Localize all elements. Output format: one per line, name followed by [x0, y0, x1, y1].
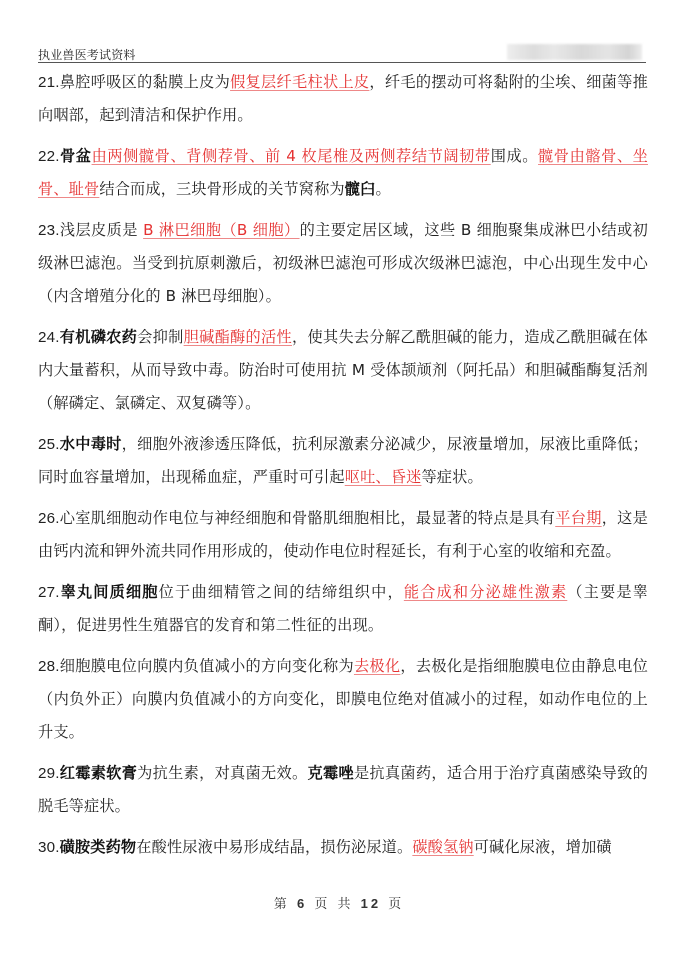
highlighted-key-point: 由两侧髋骨、背侧荐骨、前 4 枚尾椎及两侧荐结节阔韧带: [92, 147, 491, 165]
bold-term: 骨盆: [60, 147, 92, 165]
paragraph-item: 22.骨盆由两侧髋骨、背侧荐骨、前 4 枚尾椎及两侧荐结节阔韧带围成。髋骨由髂骨…: [38, 140, 648, 206]
paragraph-item: 25.水中毒时，细胞外液渗透压降低，抗利尿激素分泌减少，尿液量增加，尿液比重降低…: [38, 428, 648, 494]
paragraph-item: 29.红霉素软膏为抗生素，对真菌无效。克霉唑是抗真菌药，适合用于治疗真菌感染导致…: [38, 757, 648, 823]
redacted-header-region: [507, 44, 642, 60]
highlighted-key-point: 能合成和分泌雄性激素: [404, 583, 567, 601]
paragraph-item: 30.磺胺类药物在酸性尿液中易形成结晶，损伤泌尿道。碳酸氢钠可碱化尿液，增加磺: [38, 831, 648, 864]
paragraph-number: 21.: [38, 74, 60, 91]
highlighted-key-point: 碳酸氢钠: [412, 838, 473, 856]
highlighted-key-point: B 淋巴细胞（B 细胞）: [143, 221, 299, 239]
document-body: 21.鼻腔呼吸区的黏膜上皮为假复层纤毛柱状上皮，纤毛的摆动可将黏附的尘埃、细菌等…: [38, 66, 648, 872]
paragraph-number: 30.: [38, 839, 60, 856]
bold-term: 红霉素软膏: [60, 764, 138, 782]
paragraph-number: 28.: [38, 658, 60, 675]
paragraph-number: 24.: [38, 329, 60, 346]
page-footer: 第 6 页 共 12 页: [0, 893, 678, 912]
paragraph-text: 。: [375, 180, 390, 198]
paragraph-item: 21.鼻腔呼吸区的黏膜上皮为假复层纤毛柱状上皮，纤毛的摆动可将黏附的尘埃、细菌等…: [38, 66, 648, 132]
paragraph-text: 心室肌细胞动作电位与神经细胞和骨骼肌细胞相比，最显著的特点是具有: [60, 509, 556, 527]
current-page-number: 6: [297, 896, 307, 911]
paragraph-text: 可碱化尿液，增加磺: [474, 838, 612, 856]
paragraph-text: 细胞膜电位向膜内负值减小的方向变化称为: [60, 657, 354, 675]
paragraph-number: 25.: [38, 436, 60, 453]
paragraph-number: 22.: [38, 148, 60, 165]
page-header: 执业兽医考试资料: [38, 44, 646, 63]
footer-prefix: 第: [274, 897, 290, 912]
total-pages-number: 12: [361, 896, 381, 911]
highlighted-key-point: 胆碱酯酶的活性: [184, 328, 292, 346]
bold-term: 磺胺类药物: [60, 838, 137, 856]
paragraph-text: 会抑制: [137, 328, 183, 346]
highlighted-key-point: 假复层纤毛柱状上皮: [230, 73, 369, 91]
bold-term: 克霉唑: [307, 764, 353, 782]
highlighted-key-point: 去极化: [354, 657, 400, 675]
paragraph-text: 等症状。: [421, 468, 482, 486]
paragraph-number: 26.: [38, 510, 60, 527]
bold-term: 水中毒时: [60, 435, 122, 453]
paragraph-number: 27.: [38, 584, 60, 601]
paragraph-item: 27.睾丸间质细胞位于曲细精管之间的结缔组织中，能合成和分泌雄性激素（主要是睾酮…: [38, 576, 648, 642]
paragraph-text: 结合而成，三块骨形成的关节窝称为: [99, 180, 344, 198]
bold-term: 有机磷农药: [60, 328, 138, 346]
footer-suffix: 页: [388, 897, 404, 912]
highlighted-key-point: 呕吐、昏迷: [345, 468, 422, 486]
paragraph-item: 26.心室肌细胞动作电位与神经细胞和骨骼肌细胞相比，最显著的特点是具有平台期，这…: [38, 502, 648, 568]
bold-term: 髋臼: [345, 180, 376, 198]
paragraph-item: 23.浅层皮质是 B 淋巴细胞（B 细胞）的主要定居区域，这些 B 细胞聚集成淋…: [38, 214, 648, 313]
paragraph-text: 鼻腔呼吸区的黏膜上皮为: [60, 73, 230, 91]
document-page: 执业兽医考试资料 21.鼻腔呼吸区的黏膜上皮为假复层纤毛柱状上皮，纤毛的摆动可将…: [0, 0, 678, 963]
header-title: 执业兽医考试资料: [38, 46, 136, 63]
paragraph-text: 在酸性尿液中易形成结晶，损伤泌尿道。: [136, 838, 412, 856]
paragraph-text: ，细胞外液渗透压降低，抗利尿激素分泌减少，尿液量增加，尿液比重降低；同时血容量增…: [38, 435, 648, 486]
footer-middle: 页 共: [314, 897, 353, 912]
paragraph-text: 浅层皮质是: [60, 221, 144, 239]
highlighted-key-point: 平台期: [555, 509, 601, 527]
paragraph-text: 为抗生素，对真菌无效。: [137, 764, 307, 782]
bold-term: 睾丸间质细胞: [60, 583, 159, 601]
paragraph-number: 23.: [38, 222, 60, 239]
paragraph-item: 24.有机磷农药会抑制胆碱酯酶的活性，使其失去分解乙酰胆碱的能力，造成乙酰胆碱在…: [38, 321, 648, 420]
paragraph-item: 28.细胞膜电位向膜内负值减小的方向变化称为去极化，去极化是指细胞膜电位由静息电…: [38, 650, 648, 749]
paragraph-number: 29.: [38, 765, 60, 782]
paragraph-text: 位于曲细精管之间的结缔组织中，: [159, 583, 404, 601]
paragraph-text: 围成。: [491, 147, 538, 165]
